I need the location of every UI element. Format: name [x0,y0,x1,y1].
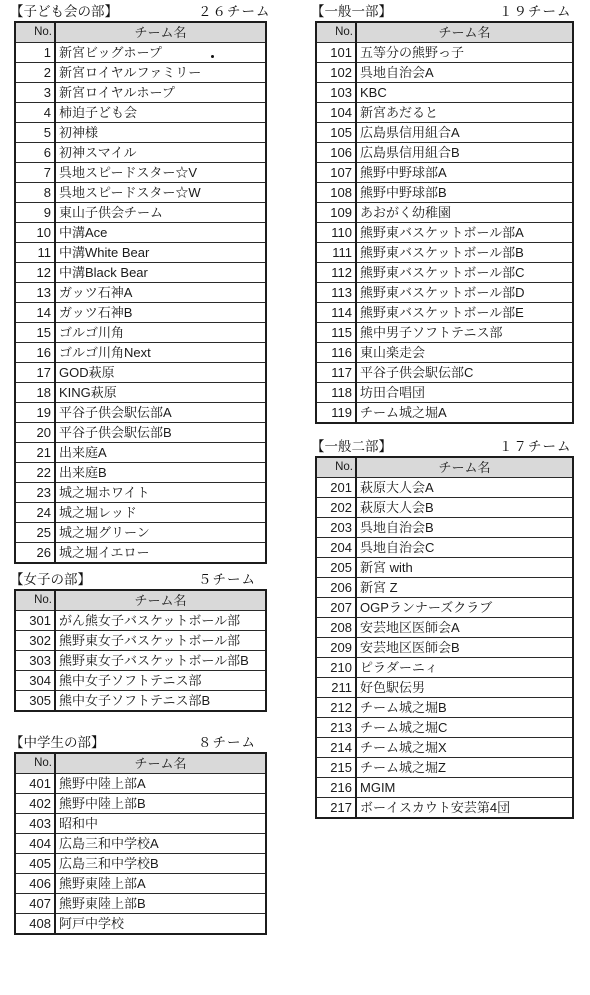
table-row: 24城之堀レッド [15,503,266,523]
team-name-cell: ガッツ石神A [55,283,266,303]
team-name-cell: 呉地自治会B [356,518,573,538]
team-name-column-header: チーム名 [356,457,573,478]
team-no-cell: 23 [15,483,55,503]
team-name-cell: 城之堀イエロー [55,543,266,564]
team-no-cell: 305 [15,691,55,712]
table-row: 13ガッツ石神A [15,283,266,303]
team-name-cell: 広島三和中学校B [55,854,266,874]
team-name-cell: MGIM [356,778,573,798]
team-no-cell: 201 [316,478,356,498]
team-name-cell: 好色駅伝男 [356,678,573,698]
team-name-cell: 新宮 with [356,558,573,578]
team-no-cell: 110 [316,223,356,243]
team-no-cell: 115 [316,323,356,343]
team-no-cell: 13 [15,283,55,303]
table-row: 115熊中男子ソフトテニス部 [316,323,573,343]
team-name-cell: 城之堀ホワイト [55,483,266,503]
team-table-chugakusei: No.チーム名401熊野中陸上部A402熊野中陸上部B403昭和中404広島三和… [14,752,267,935]
section-title: 【一般一部】 [311,0,392,20]
team-table-ippan-1: No.チーム名101五等分の熊野っ子102呉地自治会A103KBC104新宮あだ… [315,21,574,424]
section-title: 【一般二部】 [311,435,392,455]
team-name-cell: 熊中女子ソフトテニス部B [55,691,266,712]
team-name-cell: 中溝Black Bear [55,263,266,283]
section-header-chugakusei: 【中学生の部】 ８チーム [14,733,267,752]
table-row: 407熊野東陸上部B [15,894,266,914]
team-name-cell: 熊野東バスケットボール部B [356,243,573,263]
table-row: 9東山子供会チーム [15,203,266,223]
team-no-cell: 114 [316,303,356,323]
team-name-cell: ゴルゴ川角Next [55,343,266,363]
team-no-cell: 303 [15,651,55,671]
team-no-cell: 3 [15,83,55,103]
table-row: 112熊野東バスケットボール部C [316,263,573,283]
team-name-cell: 平谷子供会駅伝部B [55,423,266,443]
team-no-cell: 204 [316,538,356,558]
team-no-cell: 18 [15,383,55,403]
table-row: 107熊野中野球部A [316,163,573,183]
team-name-column-header: チーム名 [356,22,573,43]
team-no-cell: 25 [15,523,55,543]
table-row: 25城之堀グリーン [15,523,266,543]
team-name-cell: 呉地スピードスター☆V [55,163,266,183]
team-name-cell: 熊野中野球部A [356,163,573,183]
team-name-cell: チーム城之堀Z [356,758,573,778]
team-no-cell: 26 [15,543,55,564]
team-name-cell: 熊野東バスケットボール部E [356,303,573,323]
team-no-cell: 16 [15,343,55,363]
team-no-cell: 2 [15,63,55,83]
table-row: 215チーム城之堀Z [316,758,573,778]
team-name-cell: 昭和中 [55,814,266,834]
team-name-cell: 中溝Ace [55,223,266,243]
team-count: １７チーム [499,435,572,455]
team-no-cell: 212 [316,698,356,718]
team-no-cell: 112 [316,263,356,283]
team-name-cell: 東山子供会チーム [55,203,266,223]
no-column-header: No. [316,22,356,43]
table-row: 210ピラダーニィ [316,658,573,678]
section-kodomokai: 【子ども会の部】 ２６チーム No.チーム名1新宮ビッグホープ2新宮ロイヤルファ… [14,2,267,564]
team-no-cell: 205 [316,558,356,578]
table-row: 12中溝Black Bear [15,263,266,283]
table-row: 111熊野東バスケットボール部B [316,243,573,263]
team-name-cell: 萩原大人会B [356,498,573,518]
table-row: 206新宮 Z [316,578,573,598]
team-no-cell: 101 [316,43,356,63]
team-no-cell: 22 [15,463,55,483]
section-header-kodomokai: 【子ども会の部】 ２６チーム [14,2,267,21]
team-name-cell: 平谷子供会駅伝部A [55,403,266,423]
team-name-cell: KING萩原 [55,383,266,403]
table-row: 202萩原大人会B [316,498,573,518]
team-name-cell: OGPランナーズクラブ [356,598,573,618]
team-no-cell: 21 [15,443,55,463]
team-no-cell: 407 [15,894,55,914]
team-name-cell: ゴルゴ川角 [55,323,266,343]
team-no-cell: 113 [316,283,356,303]
header-row: No.チーム名 [15,22,266,43]
team-name-cell: 新宮あだると [356,103,573,123]
team-name-cell: 熊野東バスケットボール部C [356,263,573,283]
team-no-cell: 304 [15,671,55,691]
no-column-header: No. [15,590,55,611]
section-title: 【女子の部】 [10,568,91,588]
team-no-cell: 104 [316,103,356,123]
section-title: 【子ども会の部】 [10,0,118,20]
section-header-ippan-1: 【一般一部】 １９チーム [315,2,574,21]
team-no-cell: 119 [316,403,356,424]
team-no-cell: 301 [15,611,55,631]
section-ippan-2: 【一般二部】 １７チーム No.チーム名201萩原大人会A202萩原大人会B20… [315,437,574,819]
team-name-cell: 広島県信用組合B [356,143,573,163]
table-row: 405広島三和中学校B [15,854,266,874]
table-row: 401熊野中陸上部A [15,774,266,794]
team-no-cell: 215 [316,758,356,778]
team-name-cell: 初神様 [55,123,266,143]
team-no-cell: 20 [15,423,55,443]
team-no-cell: 9 [15,203,55,223]
team-no-cell: 6 [15,143,55,163]
team-name-cell: 出来庭B [55,463,266,483]
section-joshi: 【女子の部】 ５チーム No.チーム名301がん熊女子バスケットボール部302熊… [14,570,267,712]
team-name-cell: 城之堀レッド [55,503,266,523]
no-column-header: No. [15,22,55,43]
team-no-cell: 11 [15,243,55,263]
table-row: 211好色駅伝男 [316,678,573,698]
team-name-cell: 新宮ビッグホープ [55,43,266,63]
team-no-cell: 1 [15,43,55,63]
team-name-cell: 熊野東バスケットボール部D [356,283,573,303]
team-no-cell: 216 [316,778,356,798]
team-no-cell: 15 [15,323,55,343]
table-row: 8呉地スピードスター☆W [15,183,266,203]
team-no-cell: 105 [316,123,356,143]
team-no-cell: 402 [15,794,55,814]
team-name-cell: ガッツ石神B [55,303,266,323]
team-table-kodomokai: No.チーム名1新宮ビッグホープ2新宮ロイヤルファミリー3新宮ロイヤルホープ4柿… [14,21,267,564]
section-chugakusei: 【中学生の部】 ８チーム No.チーム名401熊野中陸上部A402熊野中陸上部B… [14,733,267,935]
table-row: 304熊中女子ソフトテニス部 [15,671,266,691]
team-no-cell: 116 [316,343,356,363]
table-row: 20平谷子供会駅伝部B [15,423,266,443]
table-row: 305熊中女子ソフトテニス部B [15,691,266,712]
team-name-cell: KBC [356,83,573,103]
team-name-cell: がん熊女子バスケットボール部 [55,611,266,631]
team-name-cell: 熊野中野球部B [356,183,573,203]
header-row: No.チーム名 [316,457,573,478]
team-name-cell: 熊野東陸上部A [55,874,266,894]
section-ippan-1: 【一般一部】 １９チーム No.チーム名101五等分の熊野っ子102呉地自治会A… [315,2,574,424]
table-row: 214チーム城之堀X [316,738,573,758]
table-row: 1新宮ビッグホープ [15,43,266,63]
team-no-cell: 213 [316,718,356,738]
table-row: 116東山楽走会 [316,343,573,363]
table-row: 209安芸地区医師会B [316,638,573,658]
team-name-cell: 熊野東女子バスケットボール部 [55,631,266,651]
team-no-cell: 109 [316,203,356,223]
table-row: 207OGPランナーズクラブ [316,598,573,618]
table-row: 2新宮ロイヤルファミリー [15,63,266,83]
team-name-column-header: チーム名 [55,753,266,774]
team-name-column-header: チーム名 [55,22,266,43]
team-name-cell: 阿戸中学校 [55,914,266,935]
table-row: 216MGIM [316,778,573,798]
team-name-cell: 安芸地区医師会B [356,638,573,658]
table-row: 5初神様 [15,123,266,143]
team-no-cell: 108 [316,183,356,203]
team-name-cell: 新宮 Z [356,578,573,598]
team-name-cell: 広島三和中学校A [55,834,266,854]
team-name-cell: 平谷子供会駅伝部C [356,363,573,383]
team-count: ２６チーム [198,0,271,20]
team-name-cell: 熊野中陸上部B [55,794,266,814]
table-row: 408阿戸中学校 [15,914,266,935]
table-row: 110熊野東バスケットボール部A [316,223,573,243]
team-name-cell: チーム城之堀A [356,403,573,424]
team-name-cell: 熊中女子ソフトテニス部 [55,671,266,691]
team-no-cell: 24 [15,503,55,523]
team-name-cell: 呉地自治会C [356,538,573,558]
table-row: 23城之堀ホワイト [15,483,266,503]
team-count: ８チーム [198,731,256,751]
team-no-cell: 5 [15,123,55,143]
team-no-cell: 10 [15,223,55,243]
team-name-cell: GOD萩原 [55,363,266,383]
team-no-cell: 12 [15,263,55,283]
table-row: 6初神スマイル [15,143,266,163]
header-row: No.チーム名 [316,22,573,43]
team-name-cell: チーム城之堀C [356,718,573,738]
team-no-cell: 203 [316,518,356,538]
section-header-joshi: 【女子の部】 ５チーム [14,570,267,589]
team-no-cell: 408 [15,914,55,935]
team-no-cell: 118 [316,383,356,403]
team-no-cell: 209 [316,638,356,658]
team-no-cell: 106 [316,143,356,163]
table-row: 113熊野東バスケットボール部D [316,283,573,303]
table-row: 212チーム城之堀B [316,698,573,718]
table-row: 403昭和中 [15,814,266,834]
team-no-cell: 4 [15,103,55,123]
team-name-column-header: チーム名 [55,590,266,611]
team-name-cell: ボーイスカウト安芸第4団 [356,798,573,819]
table-row: 14ガッツ石神B [15,303,266,323]
team-name-cell: 安芸地区医師会A [356,618,573,638]
team-name-cell: 新宮ロイヤルホープ [55,83,266,103]
table-row: 402熊野中陸上部B [15,794,266,814]
team-no-cell: 210 [316,658,356,678]
team-name-cell: 呉地スピードスター☆W [55,183,266,203]
table-row: 108熊野中野球部B [316,183,573,203]
table-row: 17GOD萩原 [15,363,266,383]
table-row: 11中溝White Bear [15,243,266,263]
team-name-cell: 出来庭A [55,443,266,463]
team-name-cell: 萩原大人会A [356,478,573,498]
table-row: 103KBC [316,83,573,103]
table-row: 21出来庭A [15,443,266,463]
stray-dot [211,55,214,58]
team-no-cell: 14 [15,303,55,323]
team-no-cell: 401 [15,774,55,794]
team-name-cell: 新宮ロイヤルファミリー [55,63,266,83]
table-row: 4柿迫子ども会 [15,103,266,123]
table-row: 205新宮 with [316,558,573,578]
table-row: 7呉地スピードスター☆V [15,163,266,183]
team-count: １９チーム [499,0,572,20]
table-row: 101五等分の熊野っ子 [316,43,573,63]
table-row: 16ゴルゴ川角Next [15,343,266,363]
table-row: 301がん熊女子バスケットボール部 [15,611,266,631]
team-name-cell: 東山楽走会 [356,343,573,363]
table-row: 106広島県信用組合B [316,143,573,163]
team-no-cell: 208 [316,618,356,638]
team-name-cell: あおがく幼稚園 [356,203,573,223]
table-row: 302熊野東女子バスケットボール部 [15,631,266,651]
table-row: 213チーム城之堀C [316,718,573,738]
team-no-cell: 107 [316,163,356,183]
team-no-cell: 111 [316,243,356,263]
table-row: 204呉地自治会C [316,538,573,558]
team-no-cell: 117 [316,363,356,383]
team-no-cell: 7 [15,163,55,183]
section-title: 【中学生の部】 [10,731,105,751]
team-no-cell: 202 [316,498,356,518]
team-no-cell: 403 [15,814,55,834]
table-row: 303熊野東女子バスケットボール部B [15,651,266,671]
team-list-document: { "columns": { "no_header": "No.", "name… [0,0,590,995]
team-name-cell: 広島県信用組合A [356,123,573,143]
table-row: 102呉地自治会A [316,63,573,83]
no-column-header: No. [316,457,356,478]
table-row: 119チーム城之堀A [316,403,573,424]
table-row: 18KING萩原 [15,383,266,403]
team-name-cell: 熊野東バスケットボール部A [356,223,573,243]
section-header-ippan-2: 【一般二部】 １７チーム [315,437,574,456]
team-name-cell: チーム城之堀X [356,738,573,758]
team-no-cell: 8 [15,183,55,203]
team-table-joshi: No.チーム名301がん熊女子バスケットボール部302熊野東女子バスケットボール… [14,589,267,712]
table-row: 217ボーイスカウト安芸第4団 [316,798,573,819]
table-row: 10中溝Ace [15,223,266,243]
team-name-cell: 五等分の熊野っ子 [356,43,573,63]
team-name-cell: チーム城之堀B [356,698,573,718]
team-no-cell: 207 [316,598,356,618]
team-no-cell: 102 [316,63,356,83]
team-no-cell: 103 [316,83,356,103]
table-row: 203呉地自治会B [316,518,573,538]
team-no-cell: 17 [15,363,55,383]
team-no-cell: 302 [15,631,55,651]
table-row: 15ゴルゴ川角 [15,323,266,343]
no-column-header: No. [15,753,55,774]
team-name-cell: 熊中男子ソフトテニス部 [356,323,573,343]
table-row: 201萩原大人会A [316,478,573,498]
table-row: 117平谷子供会駅伝部C [316,363,573,383]
team-name-cell: ピラダーニィ [356,658,573,678]
team-name-cell: 熊野東女子バスケットボール部B [55,651,266,671]
table-row: 404広島三和中学校A [15,834,266,854]
team-no-cell: 217 [316,798,356,819]
team-name-cell: 城之堀グリーン [55,523,266,543]
header-row: No.チーム名 [15,753,266,774]
team-table-ippan-2: No.チーム名201萩原大人会A202萩原大人会B203呉地自治会B204呉地自… [315,456,574,819]
team-name-cell: 中溝White Bear [55,243,266,263]
table-row: 118坊田合唱団 [316,383,573,403]
team-no-cell: 406 [15,874,55,894]
team-name-cell: 熊野中陸上部A [55,774,266,794]
team-name-cell: 坊田合唱団 [356,383,573,403]
header-row: No.チーム名 [15,590,266,611]
table-row: 104新宮あだると [316,103,573,123]
table-row: 26城之堀イエロー [15,543,266,564]
table-row: 3新宮ロイヤルホープ [15,83,266,103]
table-row: 114熊野東バスケットボール部E [316,303,573,323]
team-name-cell: 熊野東陸上部B [55,894,266,914]
table-row: 208安芸地区医師会A [316,618,573,638]
table-row: 105広島県信用組合A [316,123,573,143]
table-row: 19平谷子供会駅伝部A [15,403,266,423]
team-no-cell: 206 [316,578,356,598]
team-name-cell: 初神スマイル [55,143,266,163]
table-row: 22出来庭B [15,463,266,483]
team-no-cell: 19 [15,403,55,423]
team-name-cell: 柿迫子ども会 [55,103,266,123]
team-no-cell: 211 [316,678,356,698]
table-row: 406熊野東陸上部A [15,874,266,894]
team-count: ５チーム [198,568,256,588]
team-no-cell: 404 [15,834,55,854]
team-name-cell: 呉地自治会A [356,63,573,83]
table-row: 109あおがく幼稚園 [316,203,573,223]
team-no-cell: 214 [316,738,356,758]
team-no-cell: 405 [15,854,55,874]
